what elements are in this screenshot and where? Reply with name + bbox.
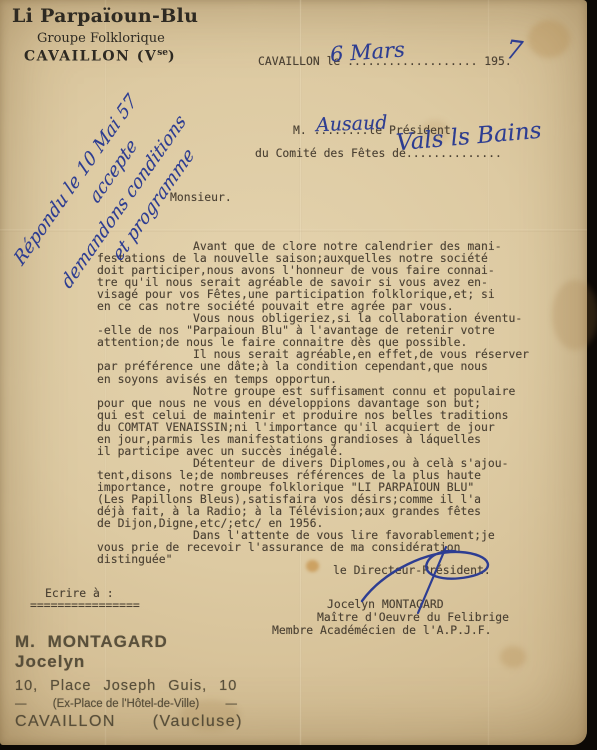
stamp-dash-left: — — [15, 698, 27, 710]
handwritten-addressee-name: Ausaud — [316, 112, 388, 136]
stamp-dash-right: — — [226, 698, 238, 710]
stamp-city: CAVAILLON — [15, 713, 116, 731]
letter-body: Avant que de clore notre calendrier des … — [97, 240, 529, 565]
stamp-name: M. MONTAGARD Jocelyn — [15, 632, 243, 672]
paper-stain — [528, 20, 570, 58]
salutation: Monsieur. — [170, 191, 232, 203]
stamp-ex-place: (Ex-Place de l'Hôtel-de-Ville) — [53, 698, 199, 710]
stamp-ex-place-row: — (Ex-Place de l'Hôtel-de-Ville) — — [15, 698, 237, 710]
handwritten-year-digit: 7 — [504, 35, 524, 67]
letterhead-subtitle: Groupe Folklorique — [37, 31, 165, 46]
signature-loop — [362, 551, 488, 601]
signature-flourish — [356, 543, 506, 615]
paper-stain — [552, 280, 597, 350]
address-stamp: M. MONTAGARD Jocelyn 10, Place Joseph Gu… — [15, 632, 243, 731]
write-to-underline: ================ — [30, 599, 140, 611]
paper-stain — [500, 646, 526, 668]
signatory-title-2: Membre Académécien de l'A.P.J.F. — [272, 624, 491, 636]
stamp-department: (Vaucluse) — [153, 713, 243, 731]
stamp-address: 10, Place Joseph Guis, 10 — [15, 678, 243, 694]
letter-photo: { "colors": { "paper": "#ddcaa2", "backg… — [0, 0, 597, 750]
stamp-city-row: CAVAILLON (Vaucluse) — [15, 713, 243, 731]
letter-paper: Li Parpaïoun-Blu Groupe Folklorique CAVA… — [0, 0, 587, 745]
